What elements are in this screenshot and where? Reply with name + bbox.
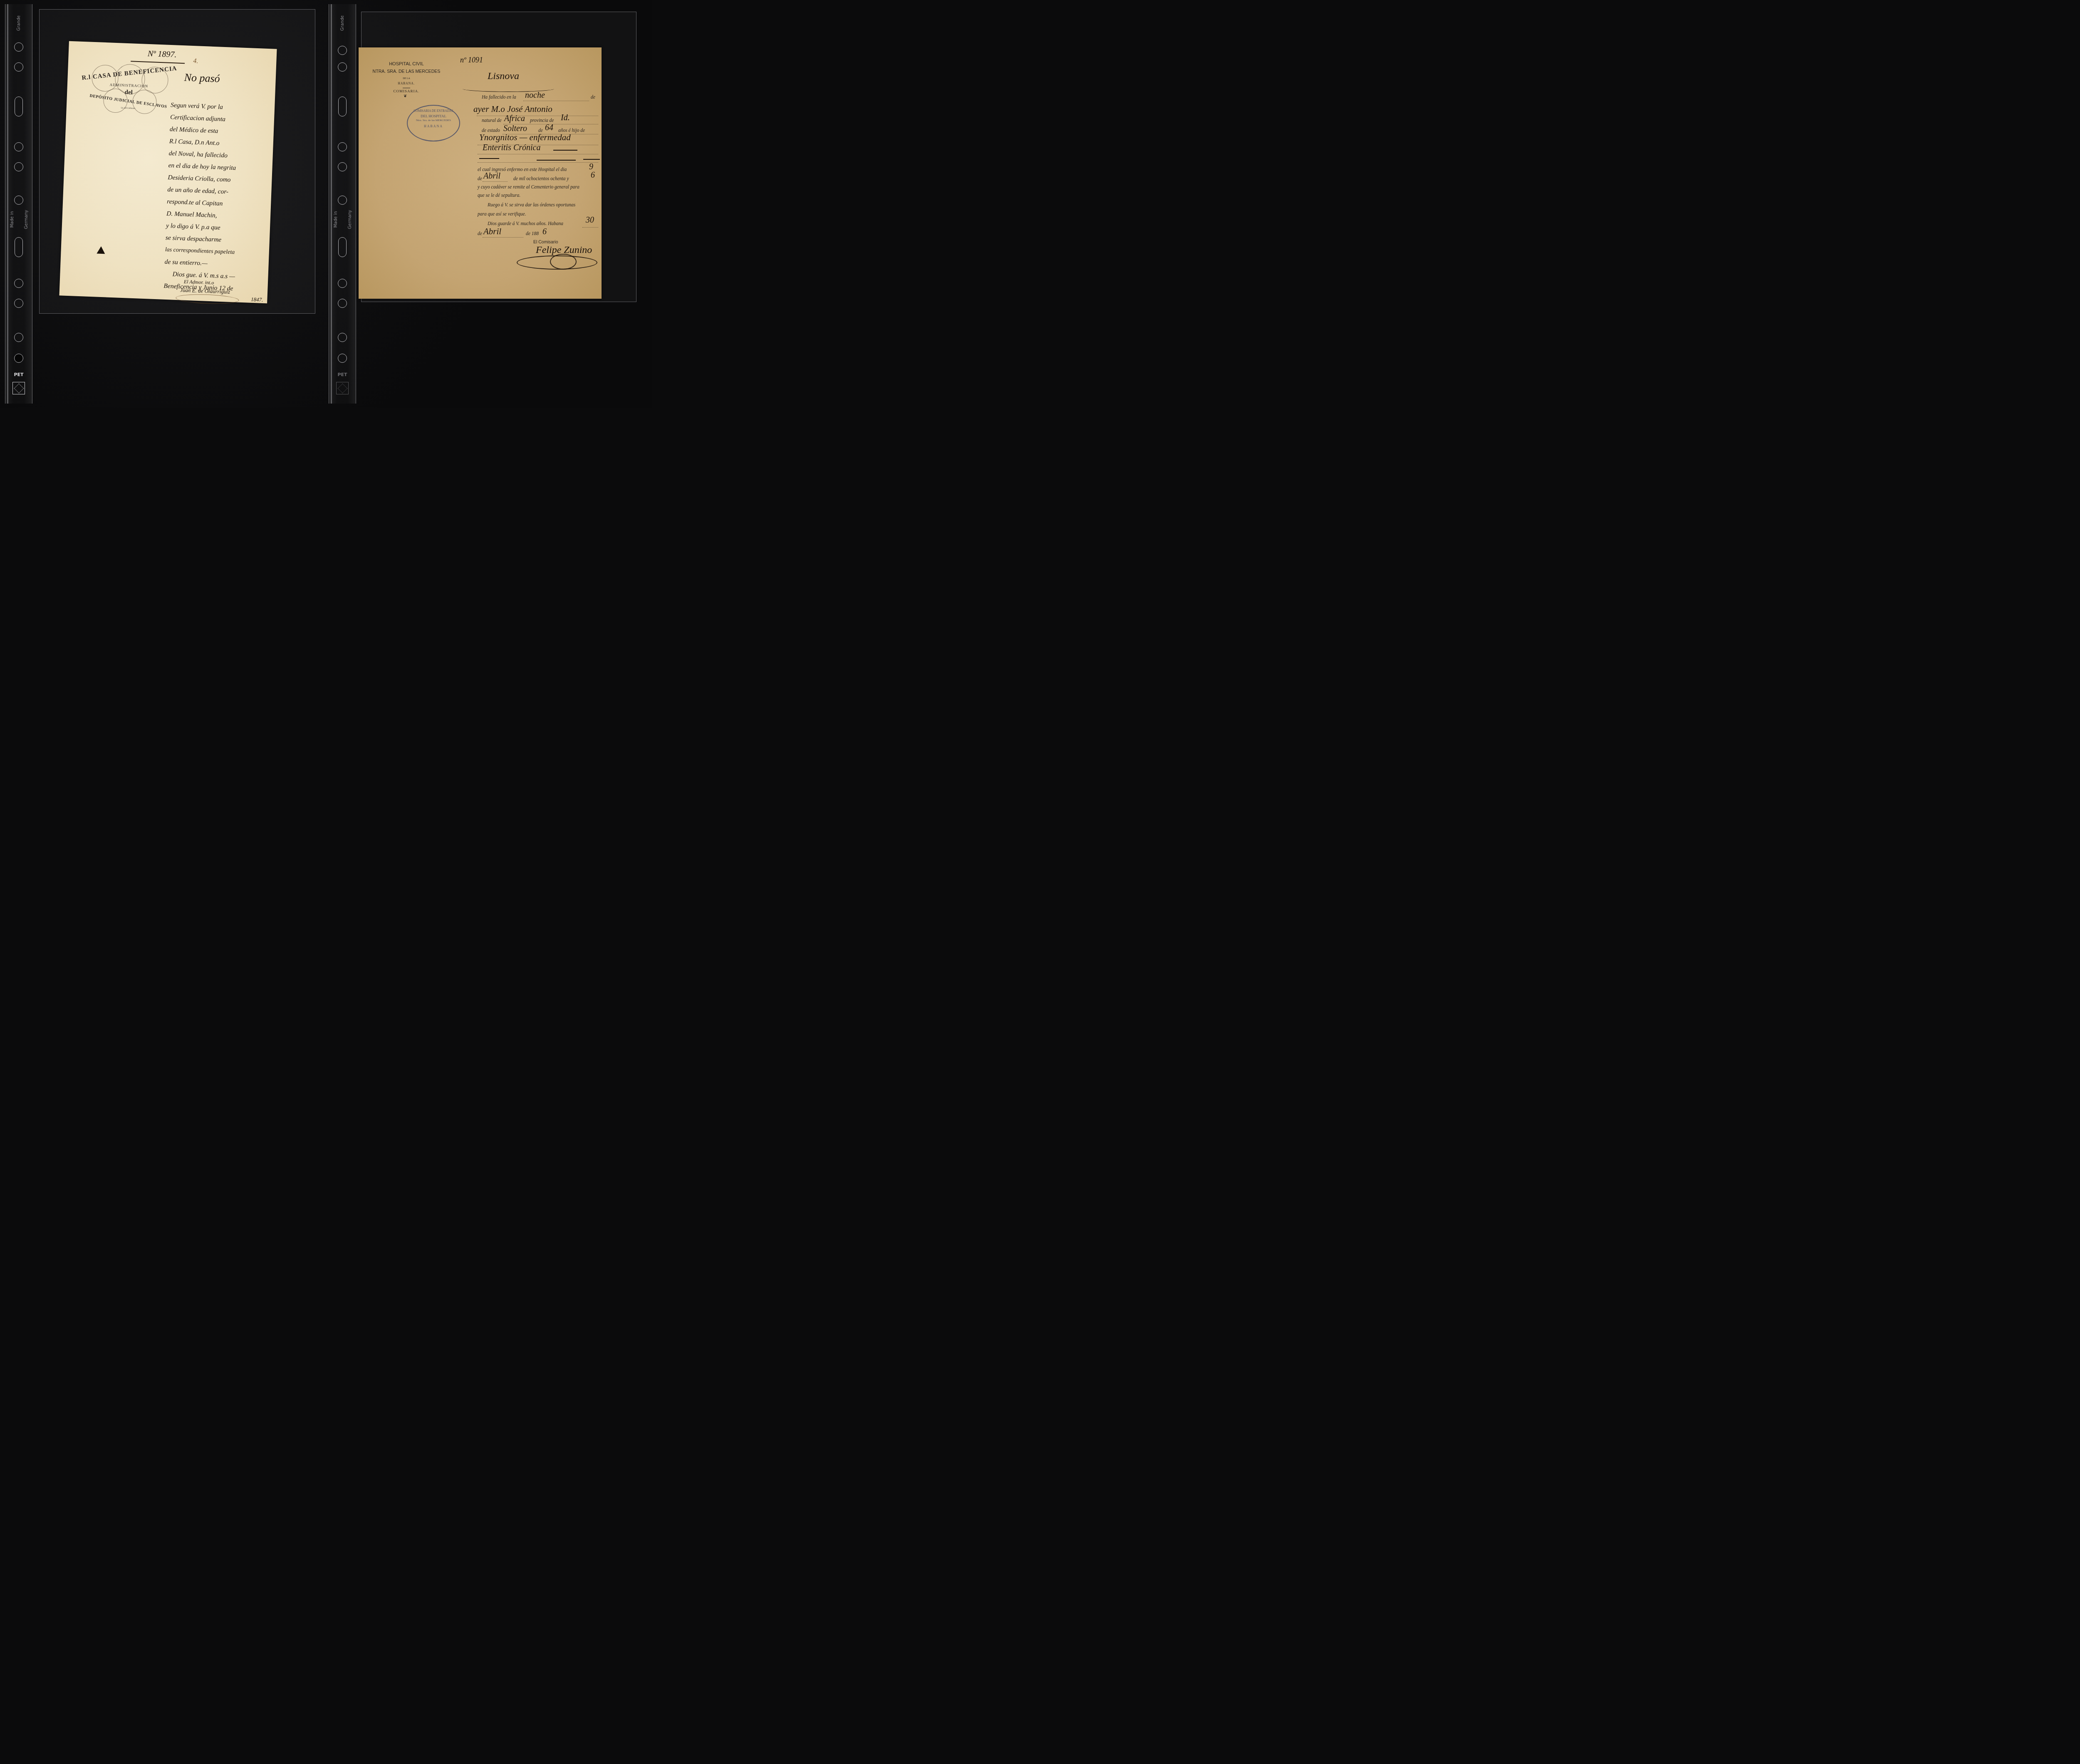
binder-slot (338, 237, 347, 257)
form-value-parents-illness: Ynorgnitos — enfermedad (479, 132, 571, 143)
binder-hole (14, 196, 23, 205)
form-label: provincia de (530, 118, 554, 123)
binder-hole (338, 279, 347, 288)
binder-hole (338, 62, 347, 72)
sleeve-emboss-made-in: Made in (334, 211, 338, 228)
form-label: natural de (482, 118, 502, 123)
binder-slot (15, 97, 23, 116)
header-de-la: DE LA (367, 77, 446, 80)
form-label: de mil ochocientos ochenta y (513, 176, 569, 181)
binder-hole (338, 196, 347, 205)
form-dotted-line (483, 237, 523, 238)
strike-dash (479, 158, 499, 159)
document-number: nº 1091 (460, 56, 483, 64)
corner-mark: 4. (193, 57, 198, 65)
form-value-admit-year: 6 (591, 171, 595, 180)
form-label: Ha fallecido en la (482, 95, 516, 100)
right-sleeve-binder-strip: Grande Made in Germany PET (329, 4, 356, 404)
header-habana: HABANA. (367, 82, 446, 85)
header-comisaria: COMISARIA. (367, 89, 446, 93)
binder-hole (14, 354, 23, 363)
form-dotted-line (477, 116, 598, 116)
stamp-line2: Ntra. Sra. de las MERCEDES (408, 119, 459, 122)
strip-edge (331, 4, 332, 404)
document-number: Nº 1897. (147, 49, 176, 60)
binder-hole (338, 354, 347, 363)
binder-hole (14, 299, 23, 308)
binder-slot (338, 97, 347, 116)
sleeve-emboss-grande: Grande (340, 15, 345, 31)
header-rule (403, 88, 410, 88)
stamp-line3: HABANA (408, 124, 459, 128)
form-label: de (591, 95, 595, 100)
ornament-icon: ❦ (404, 94, 407, 99)
binder-hole (14, 142, 23, 151)
document-hospital-mercedes-1886: HOSPITAL CIVIL NTRA. SRA. DE LAS MERCEDE… (359, 47, 602, 299)
form-value-sign-month: Abril (483, 226, 501, 237)
form-value-province: Id. (561, 113, 570, 123)
form-text: Dios guarde á V. muchos años. Habana (488, 221, 563, 226)
addressee-signature: Lisnova (488, 71, 519, 82)
strike-dash (537, 160, 576, 161)
form-value-sign-day: 30 (586, 216, 594, 225)
left-sleeve-binder-strip: Grande Made in Germany PET (5, 4, 32, 404)
binder-slot (15, 237, 23, 257)
form-value-origin: Africa (504, 114, 525, 124)
letterhead: R.l CASA DE BENEFICENCIA ADMINISTRACION … (78, 62, 179, 116)
form-value-noche: noche (525, 91, 545, 100)
sleeve-emboss-made-in: Made in (10, 211, 15, 228)
stamp-line1: DEL HOSPITAL (408, 114, 459, 118)
sleeve-emboss-germany: Germany (348, 210, 352, 229)
strip-edge (7, 4, 8, 404)
binder-hole (338, 46, 347, 55)
form-label: de (478, 231, 482, 236)
letter-body: Segun verá V. por la Certificacion adjun… (163, 99, 270, 304)
form-value-sign-year-digit: 6 (542, 227, 547, 237)
form-text: Ruego á V. se sirva dar las órdenes opor… (488, 203, 575, 208)
form-value-admit-month: Abril (483, 171, 500, 181)
stamp-diamond-logo-icon (12, 382, 25, 394)
number-underline (131, 61, 185, 64)
closing-title: El Admor. int.o (184, 279, 214, 286)
header-hospital-civil: HOSPITAL CIVIL (367, 62, 446, 67)
binder-hole (338, 142, 347, 151)
pet-material-label: PET (14, 372, 23, 377)
form-text: y cuyo cadáver se remite al Cementerio g… (478, 185, 579, 190)
heading-no-paso: No pasó (184, 71, 220, 85)
form-text: para que así se verifique. (478, 212, 526, 217)
comisaria-stamp: COMISARIA DE ENTRADAS DEL HOSPITAL Ntra.… (407, 105, 460, 141)
signature-flourish (550, 254, 577, 270)
form-dotted-line (483, 181, 508, 182)
document-beneficencia-1847: Nº 1897. 4. R.l CASA DE BENEFICENCIA ADM… (59, 41, 277, 304)
form-value-name: ayer M.o José Antonio (473, 104, 552, 114)
binder-hole (338, 299, 347, 308)
stamp-diamond-logo-icon (336, 382, 349, 394)
form-text: que se le dé sepultura. (478, 193, 520, 198)
header-mercedes: NTRA. SRA. DE LAS MERCEDES (366, 69, 446, 74)
form-dotted-line (478, 154, 598, 154)
form-label: de 188 (526, 231, 539, 236)
form-dotted-line (582, 227, 598, 228)
binder-hole (14, 333, 23, 342)
binder-hole (338, 162, 347, 171)
strike-dash (553, 150, 577, 151)
sleeve-emboss-grande: Grande (17, 15, 21, 31)
form-dotted-line (478, 162, 598, 163)
binder-hole (338, 333, 347, 342)
pet-material-label: PET (337, 372, 347, 377)
form-value-age: 64 (545, 123, 553, 133)
form-value-diagnosis: Enteritis Crónica (483, 143, 540, 153)
sleeve-emboss-germany: Germany (24, 210, 29, 229)
ink-blot (97, 246, 105, 254)
signer-title: El Comisario (533, 240, 558, 245)
strike-dash (583, 159, 600, 160)
binder-hole (14, 42, 23, 52)
binder-hole (14, 162, 23, 171)
form-label: de (478, 176, 482, 181)
stamp-arc-text: COMISARIA DE ENTRADAS (408, 109, 459, 113)
binder-hole (14, 279, 23, 288)
binder-hole (14, 62, 23, 72)
form-dotted-line (523, 101, 589, 101)
